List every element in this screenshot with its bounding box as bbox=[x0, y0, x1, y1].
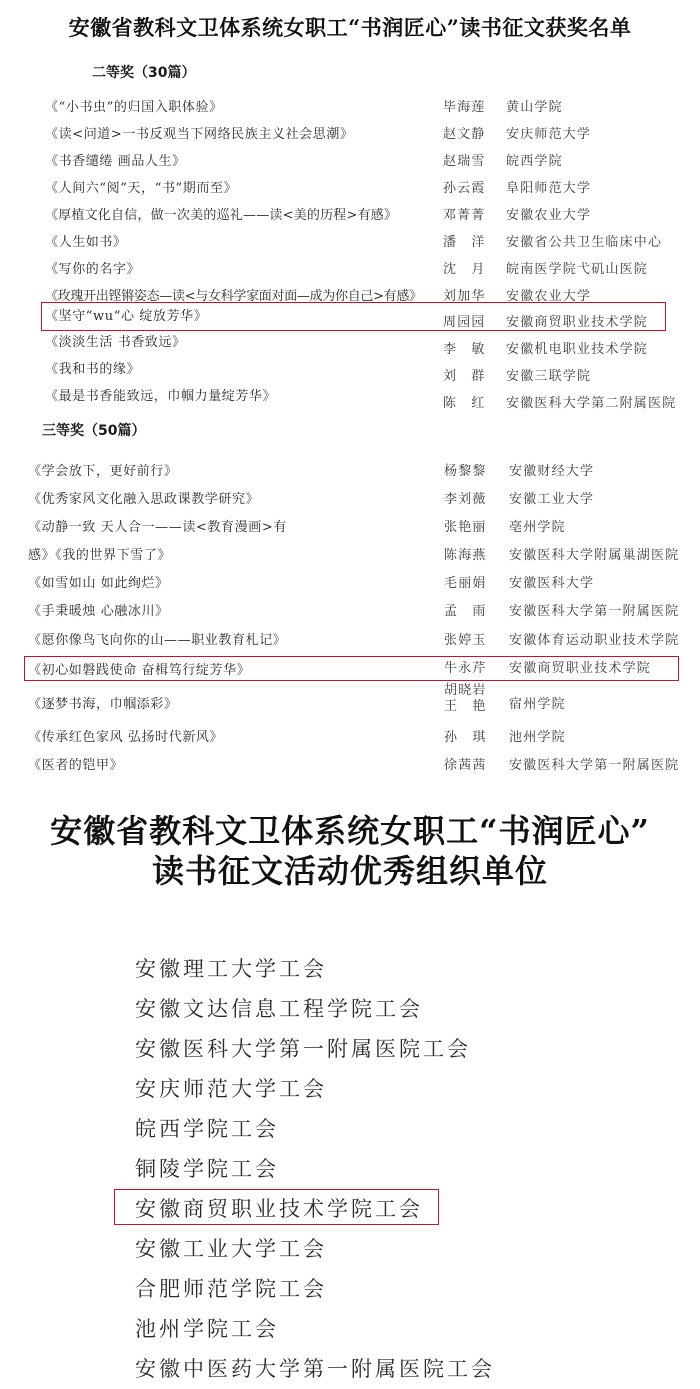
work-title: 《初心如磐践使命 奋楫笃行绽芳华》 bbox=[28, 659, 250, 678]
author-name: 杨黎黎 bbox=[444, 460, 487, 479]
organization: 安徽财经大学 bbox=[509, 460, 594, 479]
organization: 安徽工业大学 bbox=[509, 488, 594, 507]
organization: 安徽商贸职业技术学院 bbox=[506, 311, 648, 330]
work-title: 《书香缱绻 画品人生》 bbox=[45, 150, 186, 169]
organization: 皖南医学院弋矶山医院 bbox=[506, 258, 648, 277]
organization: 安徽商贸职业技术学院 bbox=[509, 657, 651, 676]
author-name: 李刘薇 bbox=[444, 488, 487, 507]
work-title: 《人间六“阅”天，“书”期而至》 bbox=[45, 177, 237, 196]
author-name: 李 敏 bbox=[443, 338, 486, 357]
organization: 黄山学院 bbox=[506, 96, 563, 115]
unit-item: 安徽中医药大学第一附属医院工会 bbox=[135, 1353, 495, 1383]
organization: 安徽省公共卫生临床中心 bbox=[506, 231, 662, 250]
unit-item: 皖西学院工会 bbox=[135, 1113, 279, 1143]
organization: 池州学院 bbox=[509, 726, 566, 745]
author-name: 沈 月 bbox=[443, 258, 486, 277]
author-name: 胡晓岩 bbox=[444, 683, 487, 699]
author-name: 陈海燕 bbox=[444, 544, 487, 563]
organization: 阜阳师范大学 bbox=[506, 177, 591, 196]
work-title: 《手秉暖烛 心融冰川》 bbox=[28, 600, 169, 619]
work-title: 《动静一致 天人合一——读<教育漫画>有 bbox=[28, 516, 287, 535]
work-title: 《逐梦书海，巾帼添彩》 bbox=[28, 693, 178, 712]
unit-item: 池州学院工会 bbox=[135, 1313, 279, 1343]
organization: 皖西学院 bbox=[506, 150, 563, 169]
author-name: 陈 红 bbox=[443, 392, 486, 411]
author-name: 赵文静 bbox=[443, 123, 486, 142]
work-title: 《我和书的缘》 bbox=[45, 358, 140, 377]
work-title: 《淡淡生活 书香致远》 bbox=[45, 331, 186, 350]
author-name: 潘 洋 bbox=[443, 231, 486, 250]
author-name: 徐茜茜 bbox=[444, 754, 487, 773]
author-name: 牛永芹 bbox=[444, 657, 487, 676]
organization: 安徽农业大学 bbox=[506, 204, 591, 223]
work-title: 《人生如书》 bbox=[45, 231, 127, 250]
third-prize-heading: 三等奖（50篇） bbox=[42, 420, 145, 440]
organization: 安徽医科大学第二附属医院 bbox=[506, 392, 676, 411]
author-name: 孙 琪 bbox=[444, 726, 487, 745]
work-title: 《愿你像鸟飞向你的山——职业教育札记》 bbox=[28, 629, 286, 648]
unit-item-highlighted: 安徽商贸职业技术学院工会 bbox=[135, 1193, 423, 1223]
author-name: 周园园 bbox=[443, 311, 486, 330]
unit-item: 安徽医科大学第一附属医院工会 bbox=[135, 1033, 471, 1063]
work-title: 《写你的名字》 bbox=[45, 258, 140, 277]
unit-item: 安徽工业大学工会 bbox=[135, 1233, 327, 1263]
organization: 宿州学院 bbox=[509, 693, 566, 712]
author-name: 孟 雨 bbox=[444, 600, 487, 619]
unit-item: 安徽理工大学工会 bbox=[135, 953, 327, 983]
work-title: 《最是书香能致远，巾帼力量绽芳华》 bbox=[45, 385, 276, 404]
work-title: 《坚守“wu“心 绽放芳华》 bbox=[45, 305, 207, 324]
work-title: 《厚植文化自信，做一次美的巡礼——读<美的历程>有感》 bbox=[45, 204, 397, 223]
organization: 安徽体育运动职业技术学院 bbox=[509, 629, 679, 648]
organization: 安徽三联学院 bbox=[506, 365, 591, 384]
work-title: 感》《我的世界下雪了》 bbox=[28, 544, 171, 563]
organization: 亳州学院 bbox=[509, 516, 566, 535]
organization: 安徽医科大学附属巢湖医院 bbox=[509, 544, 679, 563]
author-name: 刘 群 bbox=[443, 365, 486, 384]
work-title: 《“小书虫”的归国入职体验》 bbox=[45, 96, 223, 115]
author-names: 胡晓岩 王 艳 bbox=[444, 683, 487, 715]
author-name: 王 艳 bbox=[444, 699, 487, 715]
work-title: 《读<问道>一书反观当下网络民族主义社会思潮》 bbox=[45, 123, 354, 142]
work-title: 《优秀家风文化融入思政课教学研究》 bbox=[28, 488, 259, 507]
organization: 安徽医科大学第一附属医院 bbox=[509, 600, 679, 619]
author-name: 孙云霞 bbox=[443, 177, 486, 196]
work-title: 《医者的铠甲》 bbox=[28, 754, 123, 773]
awards-title: 安徽省教科文卫体系统女职工“书润匠心”读书征文获奖名单 bbox=[0, 12, 700, 42]
work-title: 《传承红色家风 弘扬时代新风》 bbox=[28, 726, 223, 745]
unit-item: 安徽文达信息工程学院工会 bbox=[135, 993, 423, 1023]
author-name: 张婷玉 bbox=[444, 629, 487, 648]
organization: 安徽医科大学 bbox=[509, 572, 594, 591]
unit-item: 合肥师范学院工会 bbox=[135, 1273, 327, 1303]
author-name: 毕海莲 bbox=[443, 96, 486, 115]
units-title-line2: 读书征文活动优秀组织单位 bbox=[0, 846, 700, 892]
author-name: 赵瑞雪 bbox=[443, 150, 486, 169]
work-title: 《如雪如山 如此绚烂》 bbox=[28, 572, 169, 591]
organization: 安徽医科大学第一附属医院 bbox=[509, 754, 679, 773]
second-prize-heading: 二等奖（30篇） bbox=[92, 62, 195, 82]
unit-item: 安庆师范大学工会 bbox=[135, 1073, 327, 1103]
organization: 安庆师范大学 bbox=[506, 123, 591, 142]
unit-item: 铜陵学院工会 bbox=[135, 1153, 279, 1183]
organization: 安徽机电职业技术学院 bbox=[506, 338, 648, 357]
author-name: 张艳丽 bbox=[444, 516, 487, 535]
author-name: 邓菁菁 bbox=[443, 204, 486, 223]
work-title: 《学会放下，更好前行》 bbox=[28, 460, 178, 479]
author-name: 毛丽娟 bbox=[444, 572, 487, 591]
